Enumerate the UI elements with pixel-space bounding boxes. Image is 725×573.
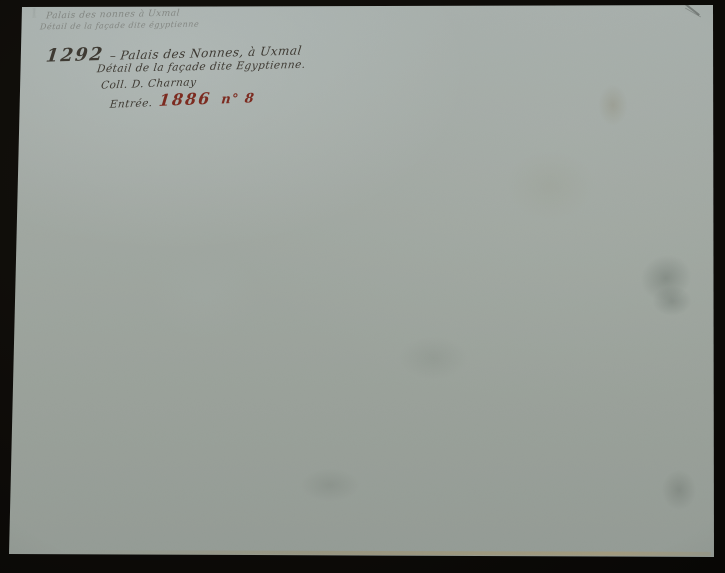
paper-edge-highlight bbox=[60, 550, 711, 556]
entry-number: n° 8 bbox=[220, 91, 255, 107]
card-verso: Palais des nonnes à Uxmal Détail de la f… bbox=[0, 0, 725, 573]
light-patch-left bbox=[150, 250, 260, 340]
smudge-center bbox=[398, 336, 468, 380]
catalog-number: 1292 bbox=[45, 44, 105, 67]
stain-top-right bbox=[598, 84, 628, 126]
smudge-bottom-center bbox=[300, 468, 360, 502]
smudge-right-1 bbox=[634, 247, 699, 308]
dash: – bbox=[109, 49, 117, 63]
photo-backdrop: Palais des nonnes à Uxmal Détail de la f… bbox=[0, 0, 725, 573]
stain-upper-center bbox=[505, 150, 595, 220]
entry-label: Entrée. bbox=[109, 97, 153, 111]
entry-line: Entrée.1886n° 8 bbox=[109, 87, 256, 112]
faint-pencil-mark bbox=[27, 8, 41, 18]
pencil-subtitle: Détail de la façade dite égyptienne bbox=[40, 20, 200, 32]
entry-year: 1886 bbox=[158, 89, 212, 110]
smudge-right-3 bbox=[662, 470, 696, 510]
smudge-right-2 bbox=[652, 286, 692, 316]
